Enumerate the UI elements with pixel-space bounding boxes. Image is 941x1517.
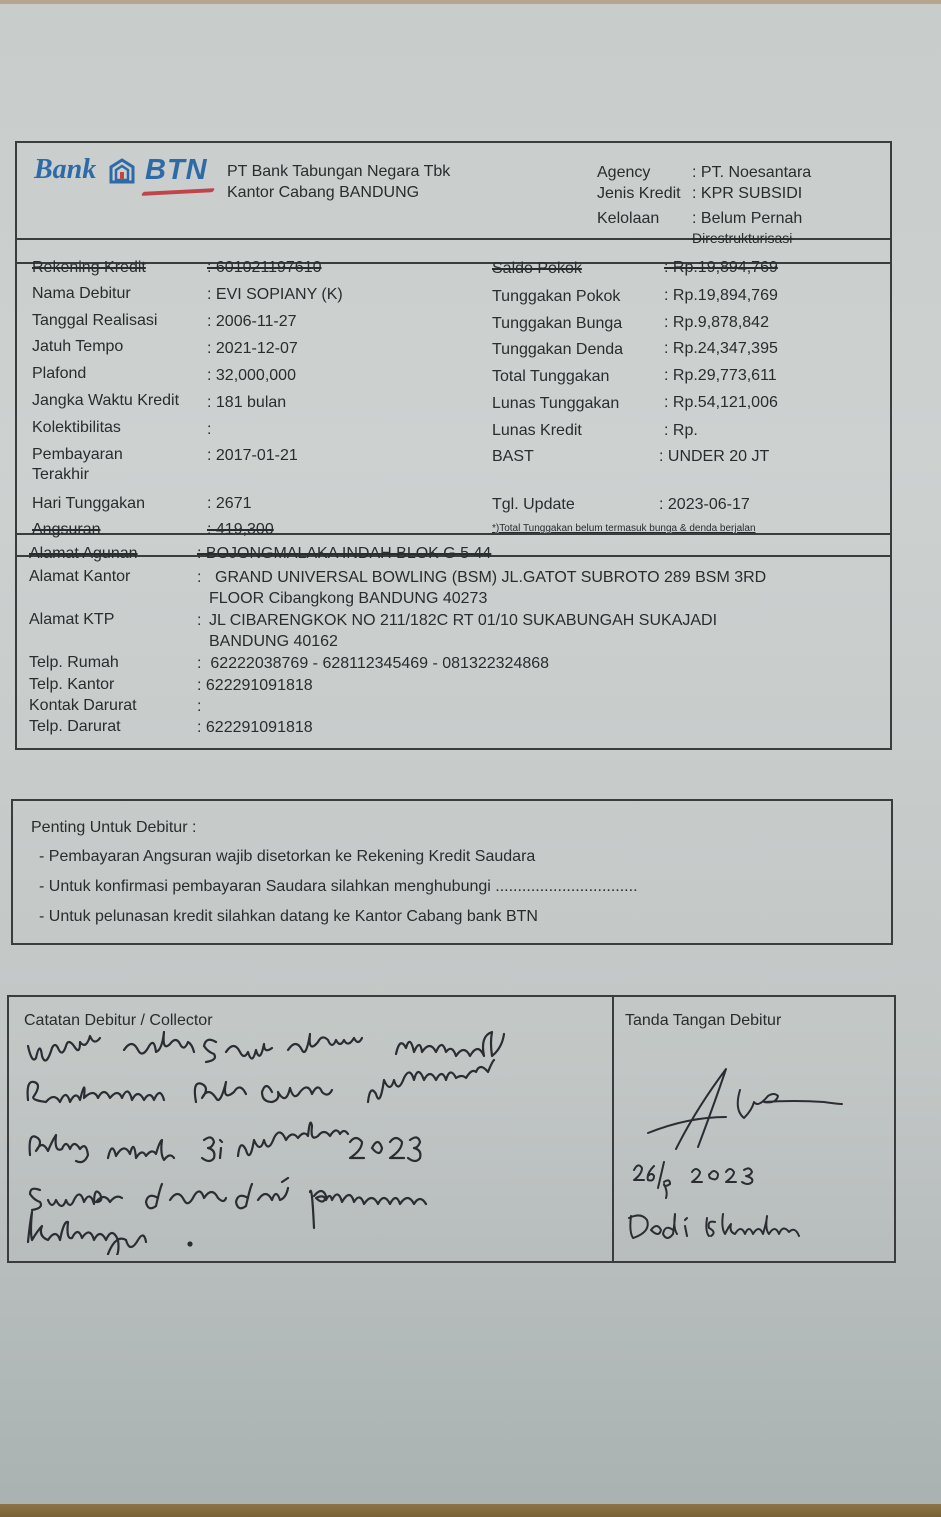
field-label: Pembayaran	[32, 446, 123, 464]
agunan-label: Alamat Agunan	[29, 545, 138, 563]
agency-value: : PT. Noesantara	[692, 164, 811, 182]
kantor-colon: :	[197, 569, 201, 587]
field-label: Jangka Waktu Kredit	[32, 392, 179, 410]
telp-rumah-value: : 62222038769 - 628112345469 - 081322324…	[197, 655, 549, 673]
field-label: Total Tunggakan	[492, 368, 609, 386]
field-value: : Rp.24,347,395	[664, 340, 778, 358]
notice-item: - Pembayaran Angsuran wajib disetorkan k…	[39, 848, 535, 866]
bank-name: PT Bank Tabungan Negara Tbk	[227, 163, 450, 181]
field-label: Angsuran	[32, 521, 101, 539]
branch-name: Kantor Cabang BANDUNG	[227, 184, 419, 202]
notes-title: Catatan Debitur / Collector	[24, 1012, 213, 1030]
kantor-label: Alamat Kantor	[29, 568, 130, 586]
jenis-kredit-value: : KPR SUBSIDI	[692, 185, 802, 203]
field-label: Jatuh Tempo	[32, 338, 123, 356]
field-value: : 601021197610	[207, 259, 321, 277]
kantor-value-2: FLOOR Cibangkong BANDUNG 40273	[209, 590, 487, 608]
background-table-edge	[0, 1504, 941, 1517]
telp-rumah-label: Telp. Rumah	[29, 654, 119, 672]
telp-darurat-label: Telp. Darurat	[29, 718, 121, 736]
handwritten-note	[20, 1030, 610, 1255]
notice-item: - Untuk konfirmasi pembayaran Saudara si…	[39, 878, 638, 896]
field-label: Kolektibilitas	[32, 419, 121, 437]
field-label: Plafond	[32, 365, 86, 383]
telp-darurat-value: : 622291091818	[197, 719, 313, 737]
field-label: Tanggal Realisasi	[32, 312, 157, 330]
field-value: : 2671	[207, 495, 251, 513]
kelolaan-value: : Belum Pernah	[692, 210, 802, 228]
field-label: Lunas Tunggakan	[492, 395, 619, 413]
field-value: : 32,000,000	[207, 367, 296, 385]
field-value: : 2021-12-07	[207, 340, 298, 358]
background-edge	[0, 0, 941, 4]
logo-bank-text: Bank	[34, 154, 96, 186]
field-value: : Rp.54,121,006	[664, 394, 778, 412]
field-label: Tgl. Update	[492, 496, 575, 514]
telp-kantor-label: Telp. Kantor	[29, 676, 114, 694]
jenis-kredit-label: Jenis Kredit	[597, 185, 681, 203]
logo-btn-text: BTN	[145, 154, 208, 187]
field-label: BAST	[492, 448, 534, 466]
kontak-darurat-label: Kontak Darurat	[29, 697, 137, 715]
ktp-label: Alamat KTP	[29, 611, 114, 629]
telp-kantor-value: : 622291091818	[197, 677, 313, 695]
signature-date	[630, 1160, 770, 1200]
signer-name	[625, 1208, 835, 1243]
ktp-colon: :	[197, 612, 201, 630]
field-value: : UNDER 20 JT	[659, 448, 769, 466]
field-value: : 419,300	[207, 521, 274, 539]
field-label: Tunggakan Pokok	[492, 288, 620, 306]
field-value: : 2017-01-21	[207, 447, 298, 465]
kelolaan-label: Kelolaan	[597, 210, 659, 228]
field-value: : Rp.19,894,769	[664, 259, 778, 277]
ktp-value: JL CIBARENGKOK NO 211/182C RT 01/10 SUKA…	[209, 612, 717, 630]
signature-title: Tanda Tangan Debitur	[625, 1012, 781, 1030]
field-value: : Rp.29,773,611	[664, 367, 777, 385]
kelolaan-value-2: Direstrukturisasi	[692, 229, 792, 247]
field-value: :	[207, 421, 211, 439]
field-value: : Rp.19,894,769	[664, 287, 778, 305]
field-label: Rekening Kredit	[32, 259, 146, 277]
field-label: Tunggakan Bunga	[492, 315, 622, 333]
details-divider	[15, 533, 892, 535]
house-logo-icon	[109, 158, 135, 184]
ktp-value-2: BANDUNG 40162	[209, 633, 338, 651]
notice-item: - Untuk pelunasan kredit silahkan datang…	[39, 908, 538, 926]
field-label: Tunggakan Denda	[492, 341, 623, 359]
field-value: : 2006-11-27	[207, 313, 297, 331]
agunan-value: : BOJONGMALAKA INDAH BLOK G 5 44	[197, 545, 491, 563]
notice-title: Penting Untuk Debitur :	[31, 819, 196, 837]
field-label: Hari Tunggakan	[32, 495, 145, 513]
field-value: : 181 bulan	[207, 394, 286, 412]
field-label-2: Terakhir	[32, 466, 89, 484]
footnote: *)Total Tunggakan belum termasuk bunga &…	[492, 520, 756, 538]
field-label: Nama Debitur	[32, 285, 131, 303]
field-value: : Rp.9,878,842	[664, 314, 769, 332]
kantor-value: GRAND UNIVERSAL BOWLING (BSM) JL.GATOT S…	[215, 569, 766, 587]
field-label: Lunas Kredit	[492, 422, 582, 440]
field-value: : 2023-06-17	[659, 496, 750, 514]
field-value: : Rp.	[664, 422, 698, 440]
signature-icon	[640, 1060, 870, 1150]
field-value: : EVI SOPIANY (K)	[207, 286, 343, 304]
agency-label: Agency	[597, 164, 650, 182]
field-label: Saldo Pokok	[492, 260, 582, 278]
kontak-darurat-value: :	[197, 698, 201, 716]
notes-signature-divider	[612, 995, 614, 1263]
